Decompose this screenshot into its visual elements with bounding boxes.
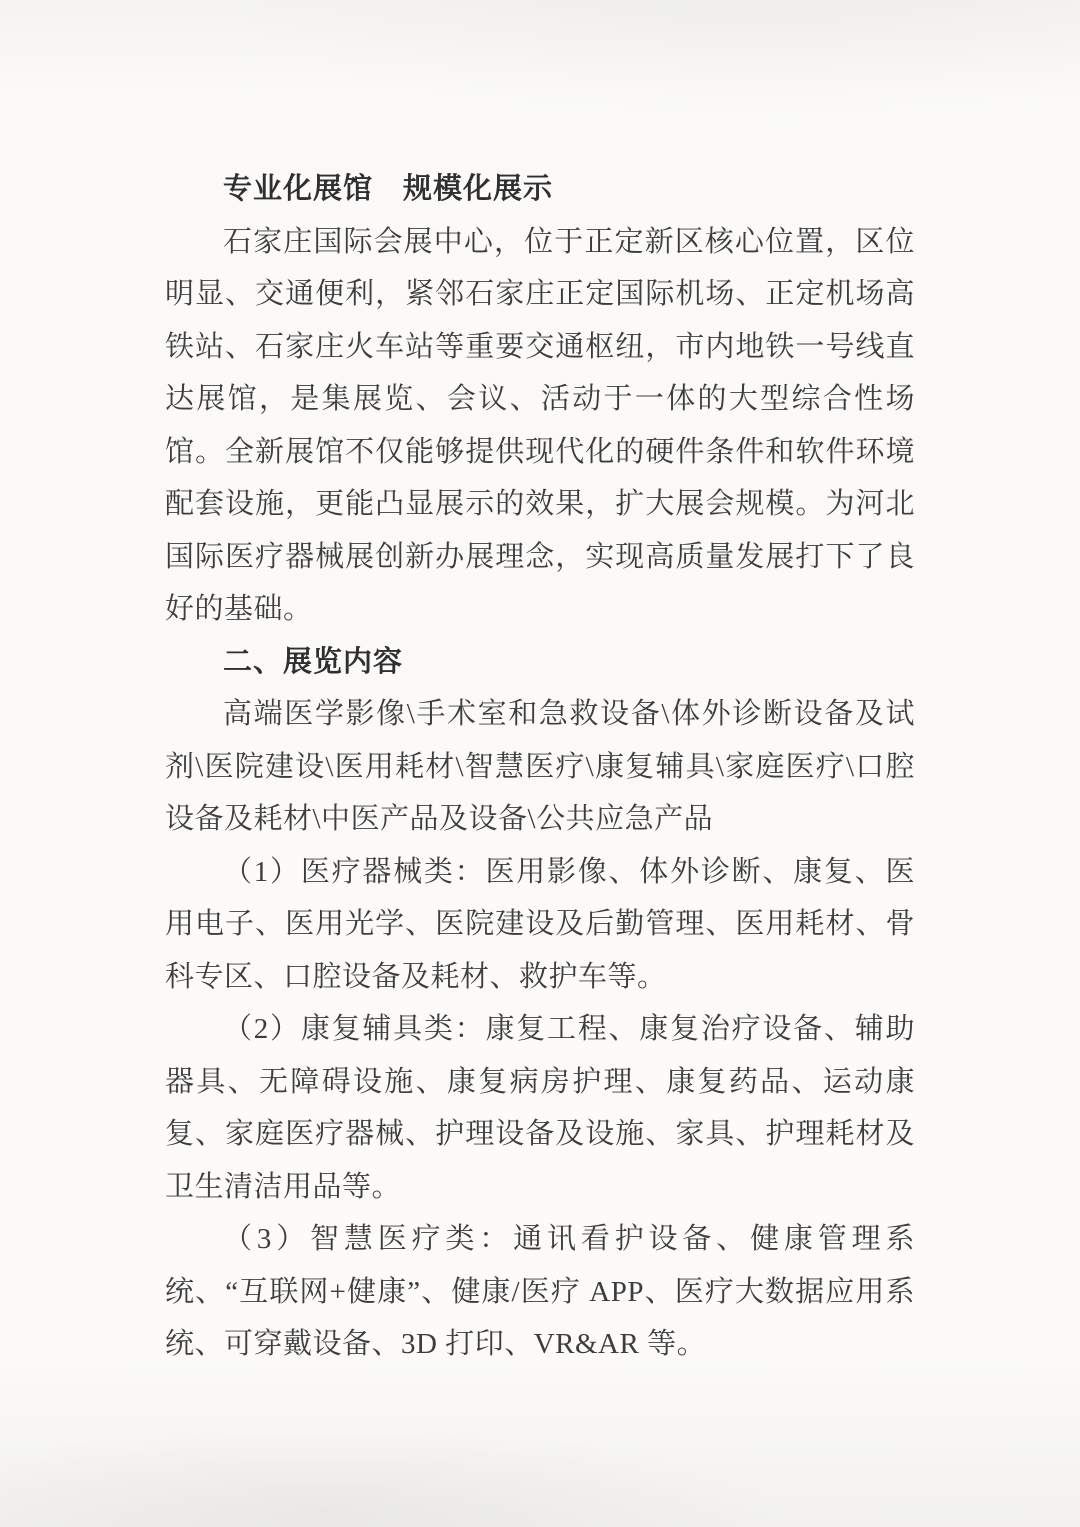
paragraph-category-3-smart-healthcare: （3）智慧医疗类：通讯看护设备、健康管理系统、“互联网+健康”、健康/医疗 AP…: [165, 1213, 915, 1371]
paragraph-category-2-rehabilitation-aids: （2）康复辅具类：康复工程、康复治疗设备、辅助器具、无障碍设施、康复病房护理、康…: [165, 1003, 915, 1213]
section-heading-professional-venue: 专业化展馆 规模化展示: [165, 163, 915, 216]
section-heading-exhibition-content: 二、展览内容: [165, 636, 915, 689]
paragraph-exhibit-categories-overview: 高端医学影像\手术室和急救设备\体外诊断设备及试剂\医院建设\医用耗材\智慧医疗…: [165, 688, 915, 846]
paragraph-category-1-medical-devices: （1）医疗器械类：医用影像、体外诊断、康复、医用电子、医用光学、医院建设及后勤管…: [165, 846, 915, 1004]
document-body: 专业化展馆 规模化展示 石家庄国际会展中心，位于正定新区核心位置，区位明显、交通…: [165, 163, 915, 1371]
paragraph-venue-description: 石家庄国际会展中心，位于正定新区核心位置，区位明显、交通便利，紧邻石家庄正定国际…: [165, 216, 915, 636]
document-page: 专业化展馆 规模化展示 石家庄国际会展中心，位于正定新区核心位置，区位明显、交通…: [0, 0, 1080, 1527]
